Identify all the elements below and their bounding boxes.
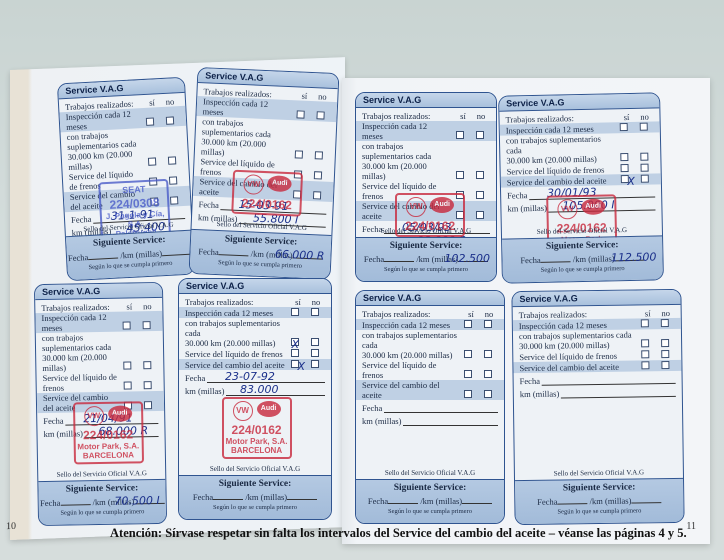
dealer-code: 224/0162 [236, 196, 299, 213]
service-card-right-top-1: Service V.A.G Trabajos realizados: sí no… [355, 92, 497, 282]
segun-label: Según lo que se cumpla primero [179, 504, 331, 511]
checkbox-no[interactable] [316, 111, 324, 119]
next-km-value: 66.000 R [275, 248, 325, 263]
next-fecha-label: Fecha [537, 497, 557, 507]
audi-logo-icon: Audi [430, 197, 454, 213]
checkbox-si[interactable] [620, 153, 628, 161]
segun-label: Según lo que se cumpla primero [503, 264, 663, 274]
next-km-label: /km (millas) [120, 248, 162, 260]
siguiente-title: Siguiente Service: [515, 482, 683, 494]
page-number-left: 10 [6, 521, 16, 532]
inspeccion-label: Inspección cada 12 meses [185, 308, 285, 318]
siguiente-service: Siguiente Service: Fecha /km (millas) Se… [38, 479, 166, 525]
vw-logo-icon: VW [233, 401, 253, 421]
next-fields[interactable]: Fecha /km (millas) [179, 492, 331, 502]
sello-label: Sello del Servicio Oficial V.A.G [356, 469, 504, 477]
checkbox-si[interactable] [621, 164, 629, 172]
next-fecha-label: Fecha [193, 492, 213, 502]
siguiente-title: Siguiente Service: [356, 483, 504, 493]
suplementarios-label-1: con trabajos suplementarios cada [506, 134, 601, 156]
checkbox-si[interactable] [641, 339, 649, 347]
trabajos-row: Trabajos realizados: sí no [362, 110, 490, 121]
checkbox-no[interactable] [169, 176, 177, 184]
siguiente-service: Siguiente Service: Fecha /km (millas) Se… [179, 475, 331, 519]
si-header: sí [120, 301, 138, 311]
service-card-left-bottom-2: Service V.A.G Trabajos realizados: sí no… [178, 278, 332, 520]
vw-logo-icon: VW [406, 197, 426, 217]
inspeccion-label: Inspección cada 12 meses [362, 320, 458, 330]
checkbox-no[interactable] [311, 308, 319, 316]
cambio-aceite-label: Service del cambio del aceite [185, 360, 285, 370]
checkbox-no[interactable] [641, 175, 649, 183]
sello-label: Sello del Servicio Oficial V.A.G [179, 465, 331, 473]
checkbox-no[interactable] [143, 321, 151, 329]
checkbox-si[interactable] [295, 150, 303, 158]
km-label: km (millas) [507, 203, 547, 214]
service-card-right-bottom-2: Service V.A.G Trabajos realizados: sí no… [511, 289, 684, 525]
km-field[interactable]: km (millas) [362, 413, 498, 426]
vw-logo-icon: VW [243, 174, 264, 195]
fecha-label: Fecha [507, 190, 528, 200]
si-header: sí [617, 112, 635, 122]
checkbox-si[interactable] [146, 117, 154, 125]
suplementarios-row: con trabajos suplementarios cada30.000 k… [185, 318, 325, 348]
checkbox-no[interactable] [641, 164, 649, 172]
siguiente-service: Siguiente Service: Fecha /km (millas) Se… [502, 235, 663, 282]
dealer-stamp: VWAudi224/0162 [231, 170, 303, 217]
service-card-left-top-1: Service V.A.G Trabajos realizados: sí no… [57, 77, 195, 281]
dealer-name: Motor Park, S.A. [226, 437, 288, 446]
checkbox-si[interactable] [123, 361, 131, 369]
checkbox-no[interactable] [484, 320, 492, 328]
next-fecha-label: Fecha [68, 252, 89, 263]
km-field[interactable]: km (millas) 83.000 [185, 383, 325, 396]
km-field[interactable]: km (millas) [520, 384, 676, 399]
no-header: no [472, 111, 490, 121]
checkbox-no[interactable] [640, 153, 648, 161]
card-title: Service V.A.G [179, 279, 331, 294]
inspeccion-label: Inspección cada 12 meses [362, 121, 450, 141]
siguiente-title: Siguiente Service: [356, 241, 496, 251]
next-km-value: 102.500 [445, 252, 491, 265]
checkbox-si[interactable] [464, 370, 472, 378]
card-title: Service V.A.G [356, 291, 504, 306]
fecha-label: Fecha [185, 373, 205, 383]
segun-label: Según lo que se cumpla primero [39, 508, 166, 517]
checkbox-no[interactable] [661, 350, 669, 358]
service-card-right-bottom-1: Service V.A.G Trabajos realizados: sí no… [355, 290, 505, 524]
audi-logo-icon: Audi [267, 175, 292, 192]
checkbox-si[interactable] [123, 321, 131, 329]
checkbox-no[interactable] [166, 116, 174, 124]
liquido-frenos-label: Service del líquido de frenos [362, 360, 458, 380]
fecha-field[interactable]: Fecha [362, 400, 498, 413]
trabajos-label: Trabajos realizados: [185, 297, 289, 307]
inspeccion-row: Inspección cada 12 meses [356, 319, 504, 330]
trabajos-label: Trabajos realizados: [362, 309, 462, 319]
inspeccion-row: Inspección cada 12 meses [356, 121, 496, 141]
checkbox-no[interactable] [476, 211, 484, 219]
next-fecha-label: Fecha [40, 498, 60, 508]
suplementarios-row: con trabajos suplementarios cada30.000 k… [66, 126, 182, 172]
audi-logo-icon: Audi [581, 198, 605, 214]
fecha-field[interactable]: Fecha 23-07-92 [185, 370, 325, 383]
trabajos-row: Trabajos realizados: sí no [362, 308, 498, 319]
checkbox-si[interactable] [456, 131, 464, 139]
si-header: sí [462, 309, 480, 319]
checkbox-si[interactable] [296, 110, 304, 118]
inspeccion-row: Inspección cada 12 meses [179, 307, 331, 318]
segun-label: Según lo que se cumpla primero [356, 508, 504, 515]
checkbox-no[interactable] [144, 381, 152, 389]
checkbox-no[interactable] [168, 156, 176, 164]
suplementarios-label-2: 30.000 km (20.000 millas) [185, 338, 275, 348]
km-label: km (millas) [520, 389, 560, 400]
vw-logo-icon: VW [84, 406, 104, 426]
liquido-frenos-row: Service del líquido de frenos [42, 371, 157, 393]
dealer-city: BARCELONA [226, 446, 288, 455]
liquido-frenos-label: Service del líquido de frenos [185, 349, 285, 359]
siguiente-title: Siguiente Service: [179, 479, 331, 489]
fecha-label: Fecha [43, 416, 63, 426]
suplementarios-label-2: 30.000 km (20.000 millas) [42, 352, 107, 373]
checkbox-no[interactable] [144, 401, 152, 409]
footer-warning: Atención: Sírvase respetar sin falta los… [110, 526, 687, 541]
suplementarios-label-2: 30.000 km (20.000 millas) [201, 136, 267, 157]
card-title: Service V.A.G [356, 93, 496, 108]
next-fecha-label: Fecha [364, 254, 384, 264]
next-km-value: 112.500 [611, 250, 657, 264]
km-label: km (millas) [185, 386, 224, 396]
checkbox-si[interactable] [641, 361, 649, 369]
suplementarios-label-1: con trabajos suplementarios cada [42, 332, 111, 353]
no-header: no [635, 111, 653, 121]
cambio-aceite-label: Service del cambio del aceite [362, 380, 458, 400]
next-fields[interactable]: Fecha /km (millas) [356, 496, 504, 506]
page-number-right: 11 [686, 521, 696, 532]
checkbox-no[interactable] [143, 361, 151, 369]
fecha-label: Fecha [362, 403, 382, 413]
suplementarios-label-1: con trabajos suplementarios cada [362, 141, 431, 161]
km-value: 83.000 [240, 383, 279, 396]
checkbox-no[interactable] [170, 196, 178, 204]
suplementarios-label-2: 30.000 km (20.000 millas) [362, 350, 452, 360]
suplementarios-row: con trabajos suplementarios cada30.000 k… [506, 132, 655, 165]
km-label: km (millas) [362, 416, 401, 426]
liquido-frenos-row: Service del líquido de frenos [185, 348, 325, 359]
suplementarios-label-1: con trabajos suplementarios cada [362, 330, 457, 350]
checkbox-si[interactable] [148, 157, 156, 165]
next-km-label: /km (millas) [245, 492, 287, 502]
checkbox-si[interactable] [464, 320, 472, 328]
dealer-city: BARCELONA [77, 450, 139, 460]
checkbox-si[interactable] [456, 171, 464, 179]
dealer-stamp: VWAudi224/0162Motor Park, S.A.BARCELONA [73, 401, 144, 464]
vw-logo-icon: VW [557, 199, 577, 219]
suplementarios-row: con trabajos suplementarios cada30.000 k… [362, 330, 498, 360]
next-km-label: /km (millas) [420, 496, 462, 506]
brand-logo: SEAT [122, 184, 146, 195]
inspeccion-row: Inspección cada 12 meses [35, 311, 162, 333]
checkbox-si[interactable] [641, 350, 649, 358]
checkbox-no[interactable] [311, 338, 319, 346]
checkbox-no[interactable] [640, 123, 648, 131]
trabajos-label: Trabajos realizados: [362, 111, 454, 121]
next-fecha-label: Fecha [520, 255, 541, 265]
dealer-code: 224/0162 [226, 423, 288, 437]
suplementarios-row: con trabajos suplementarios cada30.000 k… [42, 331, 158, 373]
checkbox-no[interactable] [315, 151, 323, 159]
no-header: no [657, 308, 675, 318]
next-fecha-label: Fecha [198, 246, 219, 257]
siguiente-service: Siguiente Service: Fecha /km (millas) Se… [66, 230, 194, 281]
checkbox-no[interactable] [314, 171, 322, 179]
liquido-frenos-label: Service del líquido de frenos [42, 372, 117, 393]
si-header: sí [289, 297, 307, 307]
next-fields[interactable]: Fecha /km (millas) [515, 495, 683, 507]
sello-label: Sello del Servicio Oficial V.A.G [515, 468, 683, 478]
liquido-frenos-row: Service del líquido de frenos [362, 360, 498, 380]
si-header: sí [639, 308, 657, 318]
service-card-right-top-2: Service V.A.G Trabajos realizados: sí no… [498, 92, 664, 283]
no-header: no [307, 297, 325, 307]
dealer-code: 224/0162 [77, 427, 139, 442]
audi-logo-icon: Audi [108, 405, 132, 421]
checkbox-si[interactable] [464, 350, 472, 358]
checkbox-si[interactable] [291, 349, 299, 357]
siguiente-service: Siguiente Service: Fecha /km (millas) Se… [515, 478, 684, 524]
suplementarios-row: con trabajos suplementarios cada30.000 k… [362, 141, 490, 181]
checkbox-no[interactable] [311, 349, 319, 357]
checkbox-no[interactable] [484, 370, 492, 378]
next-km-label: /km (millas) [573, 253, 615, 264]
checkbox-no[interactable] [484, 390, 492, 398]
sello-label: Sello del Servicio Oficial V.A.G [356, 227, 496, 235]
checkbox-si[interactable] [641, 319, 649, 327]
dealer-stamp: VWAudi224/0162Motor Park, S.A.BARCELONA [222, 397, 292, 459]
siguiente-service: Siguiente Service: Fecha /km (millas) Se… [190, 229, 332, 279]
suplementarios-label-2: 30.000 km (20.000 millas) [362, 161, 427, 181]
no-header: no [138, 301, 156, 311]
si-header: sí [454, 111, 472, 121]
next-km-label: /km (millas) [590, 496, 632, 507]
siguiente-service: Siguiente Service: Fecha /km (millas) Se… [356, 479, 504, 523]
checkbox-no[interactable] [313, 191, 321, 199]
service-card-left-top-2: Service V.A.G Trabajos realizados: sí no… [189, 67, 340, 280]
audi-logo-icon: Audi [257, 401, 281, 417]
checkbox-si[interactable] [124, 381, 132, 389]
checkbox-no[interactable] [661, 319, 669, 327]
fecha-value: 23-07-92 [225, 370, 275, 383]
service-card-left-bottom-1: Service V.A.G Trabajos realizados: sí no… [34, 282, 167, 526]
checkbox-si[interactable] [464, 390, 472, 398]
trabajos-row: Trabajos realizados: sí no [185, 296, 325, 307]
no-header: no [480, 309, 498, 319]
checkbox-no[interactable] [484, 350, 492, 358]
checkbox-no[interactable] [476, 191, 484, 199]
suplementarios-label-1: con trabajos suplementarios cada [185, 318, 280, 338]
fecha-label: Fecha [520, 376, 540, 386]
checkbox-no[interactable] [311, 360, 319, 368]
cambio-aceite-row: Service del cambio del aceite [356, 380, 504, 400]
checkbox-no[interactable] [661, 339, 669, 347]
checkbox-no[interactable] [476, 171, 484, 179]
suplementarios-row: con trabajos suplementarios cada30.000 k… [519, 329, 675, 351]
inspeccion-label: Inspección cada 12 meses [41, 312, 116, 333]
checkbox-no[interactable] [476, 131, 484, 139]
segun-label: Según lo que se cumpla primero [356, 266, 496, 273]
next-fecha-label: Fecha [368, 496, 388, 506]
checkbox-no[interactable] [661, 361, 669, 369]
checkbox-si[interactable] [620, 123, 628, 131]
segun-label: Según lo que se cumpla primero [515, 507, 683, 516]
cambio-aceite-row: Service del cambio del aceite X [179, 359, 331, 370]
checkbox-si[interactable] [291, 308, 299, 316]
siguiente-service: Siguiente Service: Fecha /km (millas) Se… [356, 237, 496, 281]
suplementarios-row: con trabajos suplementarios cada30.000 k… [201, 116, 331, 162]
next-km-value: 70.500 I [114, 494, 159, 508]
sello-label: Sello del Servicio Oficial V.A.G [38, 469, 165, 479]
